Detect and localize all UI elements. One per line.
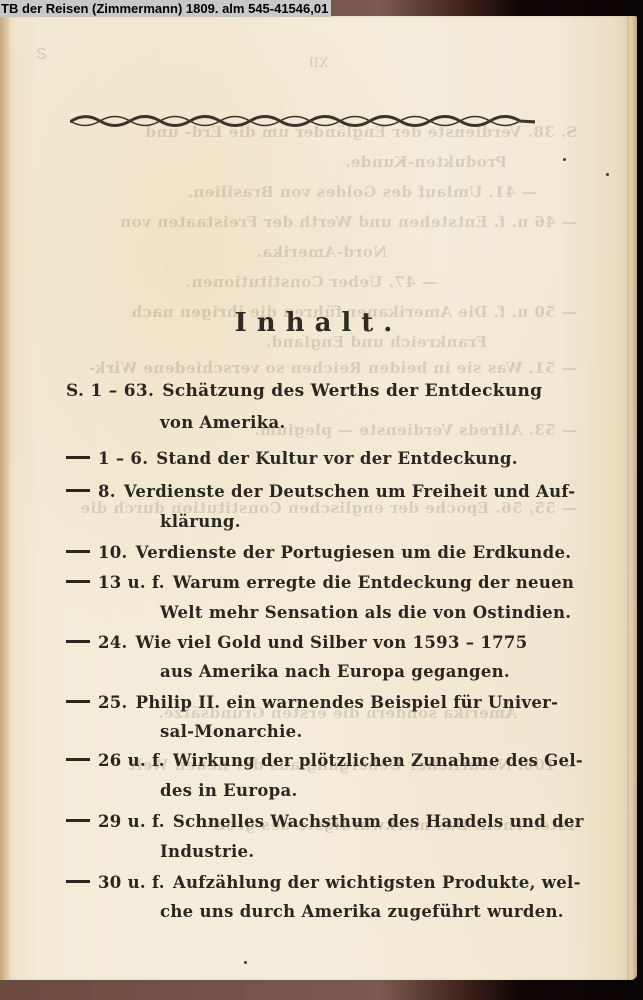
scan-viewer: TB der Reisen (Zimmermann) 1809. alm 545… [0,0,643,1000]
toc-entry-text: Stand der Kultur vor der Entdeckung. [156,449,518,468]
image-caption: TB der Reisen (Zimmermann) 1809. alm 545… [0,0,331,17]
toc-entry-text: Aufzählung der wichtigsten Produkte, wel… [173,873,581,892]
toc-entry-continuation: des in Europa. [160,781,298,800]
toc-entry-continuation: che uns durch Amerika zugeführt wurden. [160,902,564,921]
toc-entry-continuation: Welt mehr Sensation als die von Ostindie… [160,603,571,622]
paper-speck [606,173,609,176]
ditto-dash [66,758,90,761]
toc-entry-continuation: aus Amerika nach Europa gegangen. [160,662,510,681]
book-page: S XII S. 38. Verdienste der Engländer um… [0,16,637,980]
toc-page-ref: 25. [98,693,128,712]
toc-entry-text: Philip II. ein warnendes Beispiel für Un… [136,693,559,712]
toc-entry-text: Schnelles Wachsthum des Handels und der [173,812,584,831]
toc-page-ref: S. 1 – 63. [66,381,154,401]
toc-entry: 30 u. f.Aufzählung der wichtigsten Produ… [66,873,581,892]
toc-page-ref: 30 u. f. [98,873,165,892]
toc-entry-continuation: sal-Monarchie. [160,722,303,741]
toc-page-ref: 1 – 6. [98,449,148,468]
toc-entry-continuation: Industrie. [160,842,254,861]
ditto-dash [66,640,90,643]
toc-entry: 24.Wie viel Gold und Silber von 1593 – 1… [66,633,528,652]
ditto-dash [66,580,90,583]
toc-page-ref: 8. [98,482,116,501]
toc-page-ref: 24. [98,633,128,652]
paper-speck [244,961,247,964]
ditto-dash [66,489,90,492]
toc-entry: 8.Verdienste der Deutschen um Freiheit u… [66,482,575,501]
toc-entry: 29 u. f.Schnelles Wachsthum des Handels … [66,812,584,831]
ditto-dash [66,700,90,703]
toc-entry-continuation: von Amerika. [160,413,286,432]
paper-speck [563,158,566,161]
toc-entry-text: Wie viel Gold und Silber von 1593 – 1775 [136,633,528,652]
toc-entry: S. 1 – 63.Schätzung des Werths der Entde… [66,381,542,401]
ditto-dash [66,819,90,822]
toc-page-ref: 29 u. f. [98,812,165,831]
toc-entry-text: Verdienste der Deutschen um Freiheit und… [124,482,576,501]
toc-page-ref: 26 u. f. [98,751,165,770]
toc-entry-text: Schätzung des Werths der Entdeckung [162,381,542,401]
toc-entry: 10.Verdienste der Portugiesen um die Erd… [66,543,571,562]
toc-entry: 25.Philip II. ein warnendes Beispiel für… [66,693,558,712]
toc-entry: 13 u. f.Warum erregte die Entdeckung der… [66,573,574,592]
toc-page-ref: 13 u. f. [98,573,165,592]
toc-entry-text: Wirkung der plötzlichen Zunahme des Gel- [173,751,583,770]
toc-entry-text: Verdienste der Portugiesen um die Erdkun… [136,543,572,562]
toc-entry-text: Warum erregte die Entdeckung der neuen [173,573,574,592]
ditto-dash [66,880,90,883]
toc-entry: 1 – 6.Stand der Kultur vor der Entdeckun… [66,449,518,468]
ditto-dash [66,456,90,459]
toc-entry: 26 u. f.Wirkung der plötzlichen Zunahme … [66,751,583,770]
toc-page-ref: 10. [98,543,128,562]
table-of-contents: S. 1 – 63.Schätzung des Werths der Entde… [0,16,637,980]
ditto-dash [66,550,90,553]
toc-entry-continuation: klärung. [160,512,241,531]
